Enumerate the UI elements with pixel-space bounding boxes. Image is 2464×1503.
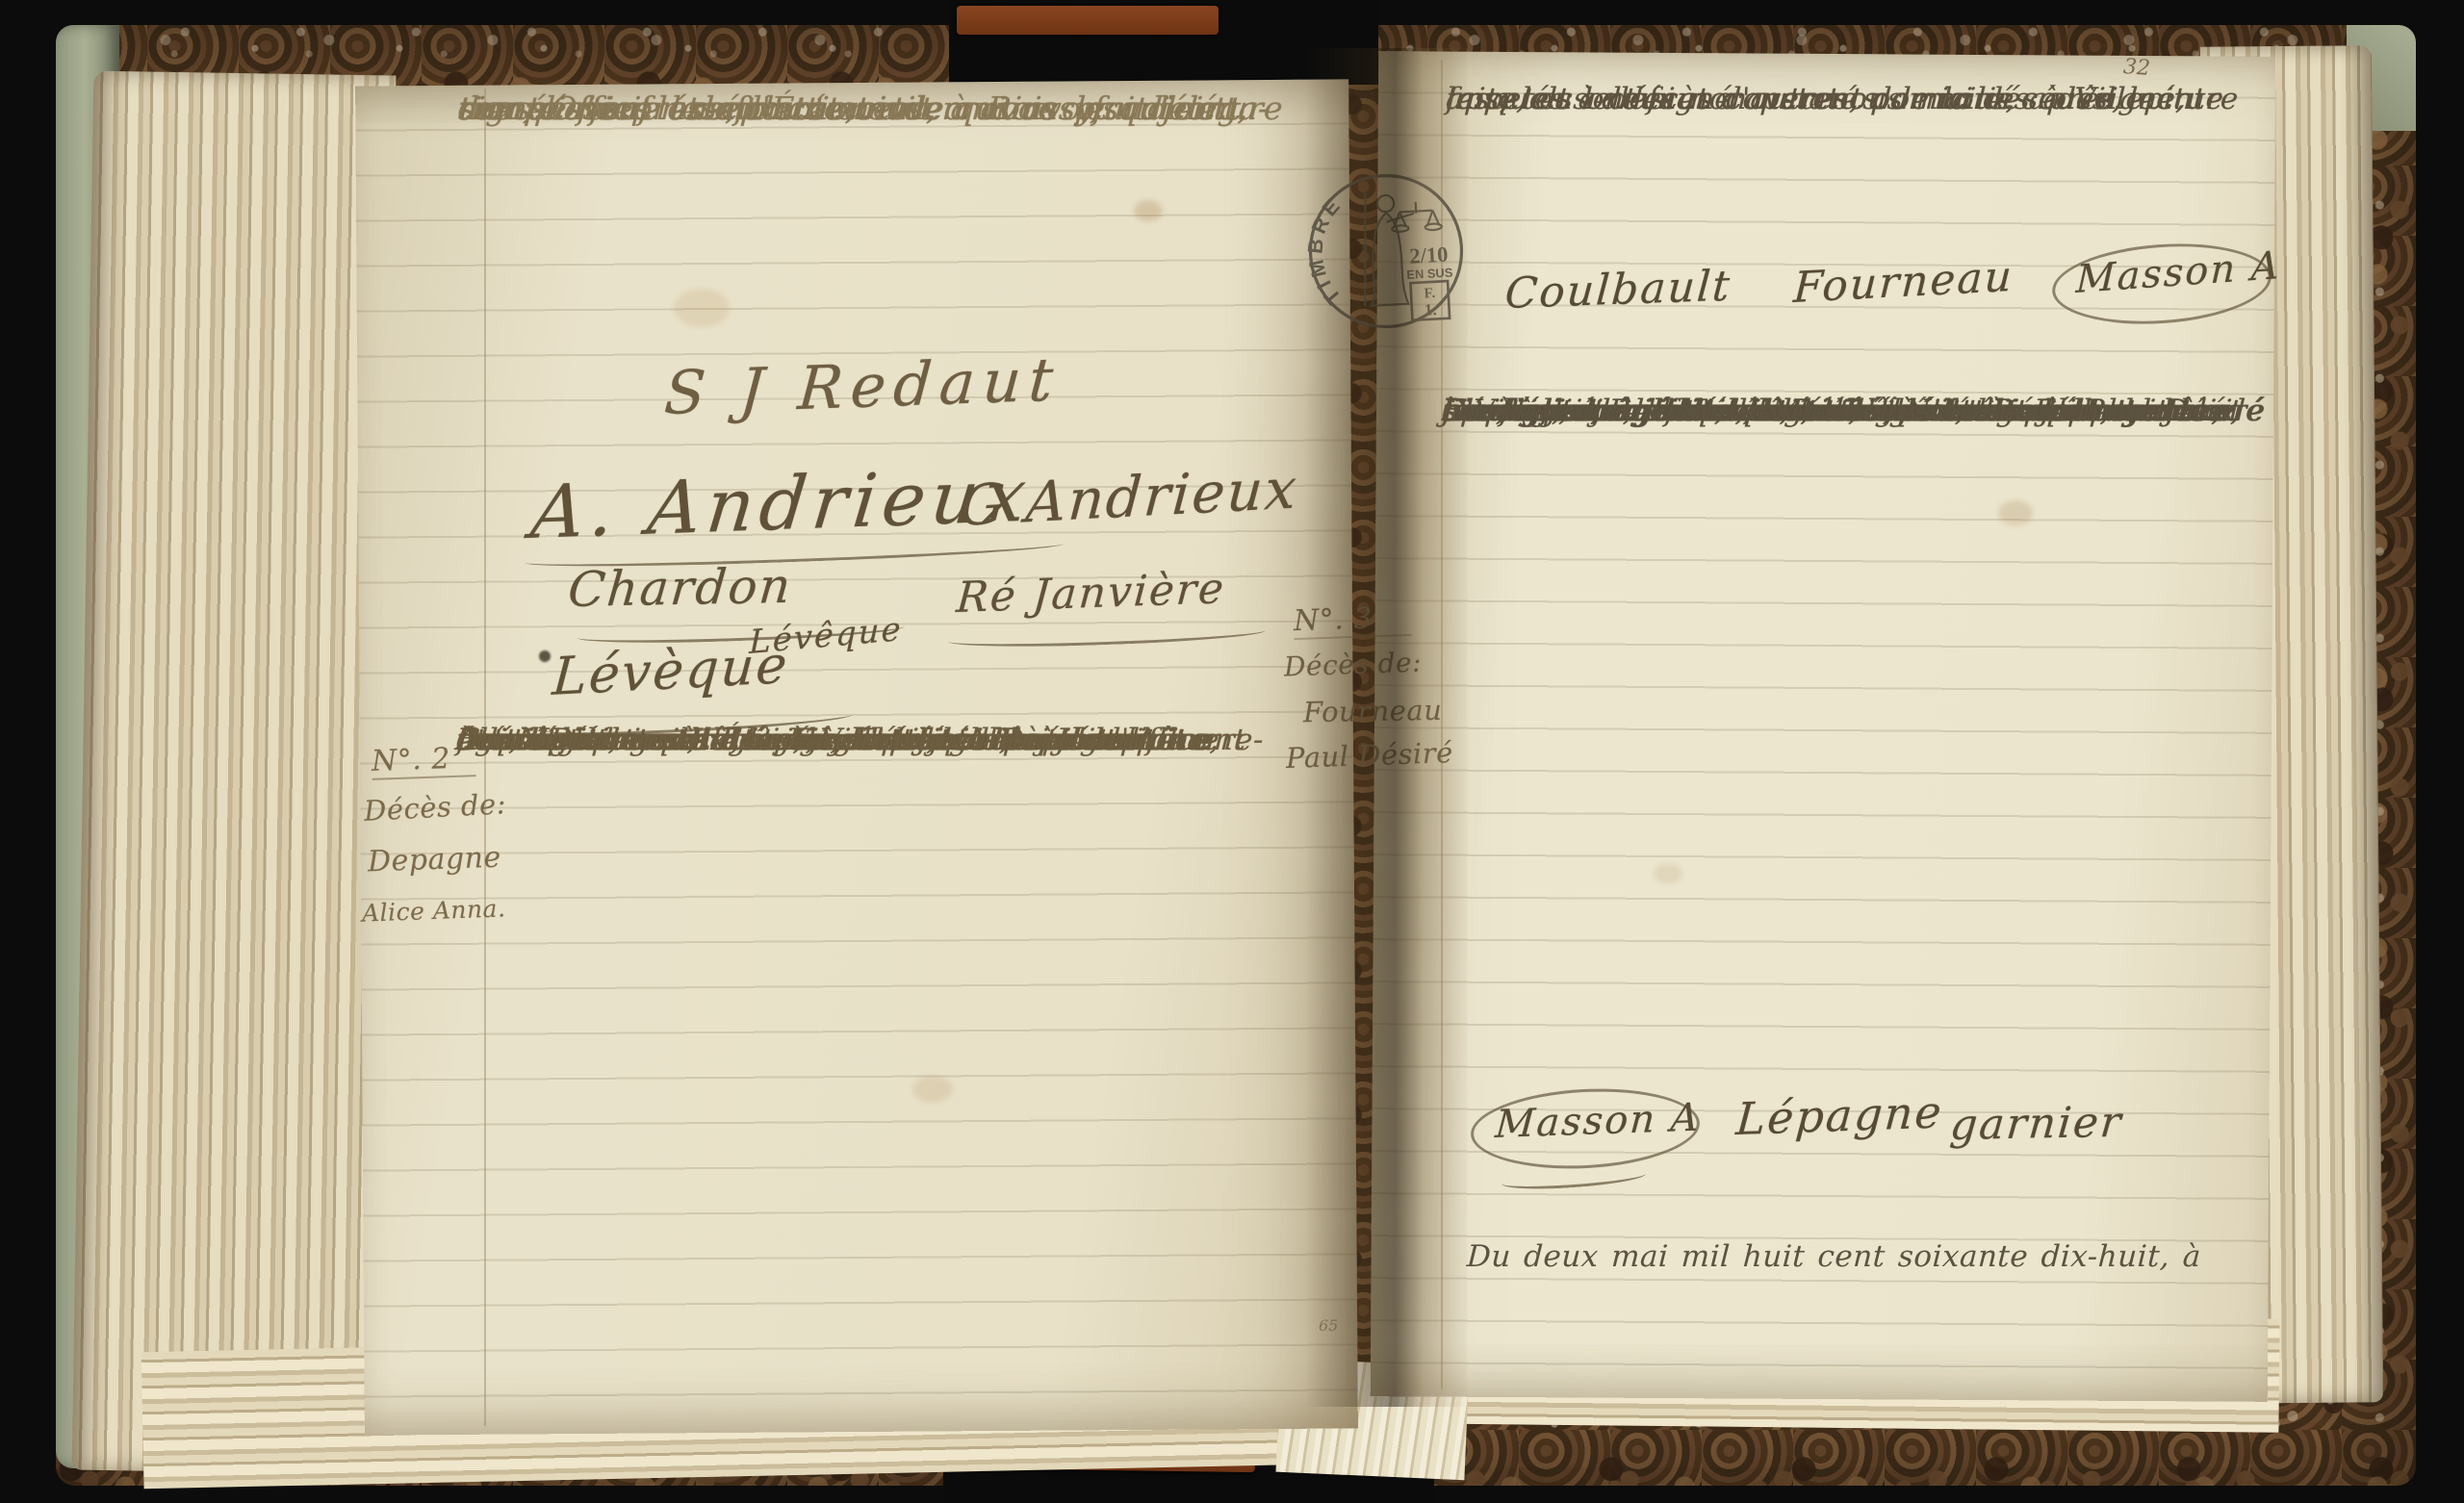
next-act-first-line: Du deux mai mil huit cent soixante dix-h… — [1466, 1239, 2202, 1274]
signature-depagne: Lépagne — [1734, 1085, 1945, 1145]
margin-deceased-givenname: Alice Anna. — [362, 894, 506, 927]
ink-spot — [539, 650, 551, 662]
registry-book-photo: trente neuf ans, demeurant à Roissy, qui… — [0, 0, 2464, 1503]
folio-number: 32 — [2122, 55, 2151, 81]
manuscript-line: Coulbault, instituteur, âgé de quarante … — [455, 726, 1159, 771]
book-gutter-shadow — [1305, 48, 1469, 1407]
manuscript-line: aux parties et aux témoins. — [457, 92, 937, 139]
signature-official-redaut: S J Redaut — [662, 344, 1063, 428]
foxing-stain — [912, 1076, 953, 1103]
margin-deceased-surname: Depagne — [367, 841, 501, 879]
manuscript-line: faite, et le décès constaté par nous sou… — [1445, 85, 2187, 127]
foxing-stain — [674, 289, 730, 327]
foxing-stain — [1654, 864, 1682, 883]
signature-leveque-large: Lévèque — [551, 634, 791, 707]
signature-janviere: Ré Janvière — [955, 564, 1227, 623]
signature-coulbault: Coulbault — [1503, 262, 1732, 318]
signature-garnier: garnier — [1948, 1098, 2124, 1150]
foxing-stain — [1134, 200, 1163, 221]
signature-chardon: Chardon — [566, 558, 795, 618]
foxing-stain — [1998, 500, 2033, 525]
page-edges-left — [72, 71, 397, 1475]
book-spine-top — [957, 6, 1219, 35]
